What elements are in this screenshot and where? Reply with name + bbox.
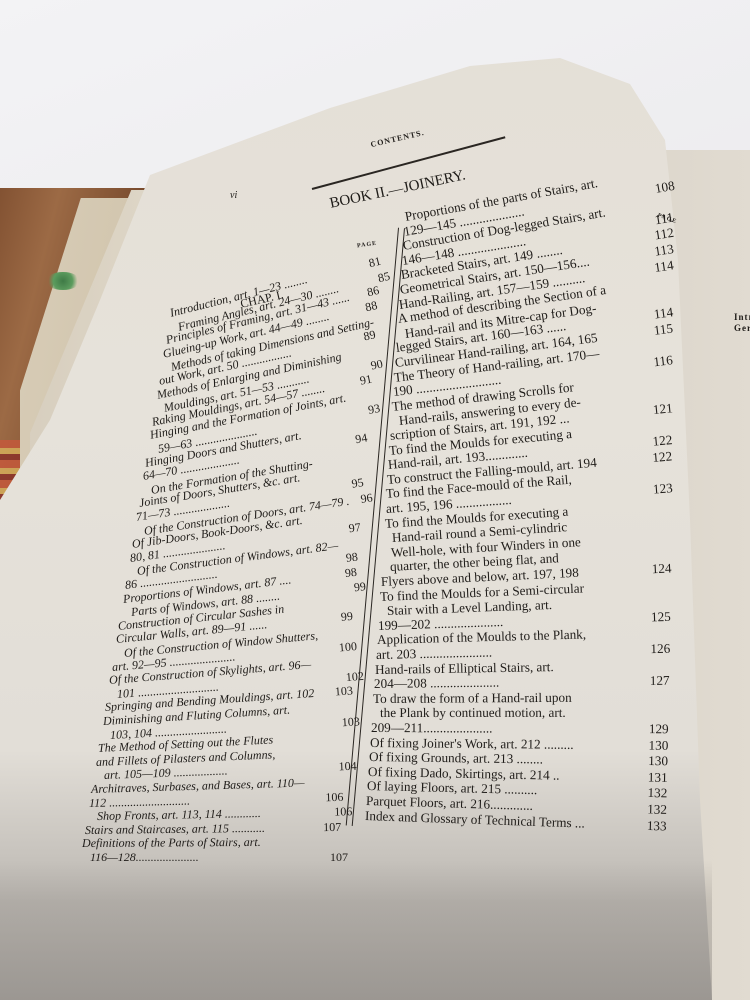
page-folio: vi — [230, 190, 237, 201]
toc-entry: 204—208 .....................127 — [374, 676, 499, 691]
facing-page-fragment: Intr Ger — [734, 312, 750, 334]
toc-entry-title: To draw the form of a Hand-rail upon — [373, 691, 572, 706]
toc-entry-title: 209—211..................... — [371, 721, 493, 736]
toc-entry-page: 132 — [647, 802, 667, 817]
toc-entry-page: 103 — [342, 714, 361, 729]
toc-entry-page: 102 — [345, 669, 364, 684]
toc-entry-title: Definitions of the Parts of Stairs, art. — [82, 835, 261, 850]
toc-entry-title: 116—128..................... — [90, 850, 199, 864]
toc-entry: the Plank by continued motion, art. — [380, 706, 566, 720]
toc-entry-page: 129 — [649, 722, 669, 736]
toc-entry-page: 93 — [366, 401, 380, 417]
toc-entry-page: 126 — [650, 642, 670, 656]
toc-entry-page: 107 — [323, 820, 341, 834]
toc-entry-page: 132 — [647, 786, 667, 800]
toc-entry-page: 91 — [359, 371, 373, 387]
toc-entry-page: 103 — [334, 684, 353, 699]
toc-entry-page: 123 — [652, 481, 673, 496]
toc-entry: Definitions of the Parts of Stairs, art. — [82, 835, 261, 850]
toc-entry-page: 99 — [353, 579, 366, 594]
toc-entry-page: 108 — [654, 178, 676, 195]
toc-entry-page: 121 — [653, 401, 674, 417]
toc-entry-page: 122 — [652, 433, 673, 449]
toc-entry: 209—211.....................129 — [371, 721, 493, 736]
toc-entry-page: 106 — [325, 789, 343, 803]
toc-entry: To draw the form of a Hand-rail upon — [373, 691, 572, 706]
toc-entry-page: 122 — [652, 449, 673, 465]
toc-entry-page: 98 — [345, 549, 359, 564]
toc-entry-page: 131 — [648, 770, 668, 784]
toc-entry-page: 130 — [648, 738, 668, 752]
toc-entry-page: 127 — [650, 674, 670, 688]
facing-fragment-line-1: Intr — [734, 312, 750, 323]
toc-entry-page: 96 — [360, 490, 374, 506]
toc-entry-page: 107 — [330, 850, 348, 864]
toc-entry-title: 204—208 ..................... — [374, 676, 499, 691]
toc-entry-page: 113 — [654, 242, 675, 259]
toc-entry-page: 99 — [340, 609, 353, 624]
toc-entry-page: 114 — [654, 258, 675, 275]
toc-entry-page: 106 — [334, 805, 352, 819]
page-shadow — [0, 860, 712, 1000]
toc-entry-page: 104 — [338, 759, 357, 774]
toc-entry-page: 89 — [362, 327, 377, 343]
toc-entry-page: 125 — [650, 610, 670, 625]
toc-entry-page: 86 — [365, 283, 380, 299]
toc-entry-page: 100 — [338, 639, 357, 654]
facing-fragment-line-2: Ger — [734, 323, 750, 334]
toc-entry-title: the Plank by continued motion, art. — [380, 706, 566, 720]
green-stamp-mark — [46, 272, 80, 290]
toc-entry-page: 115 — [653, 322, 674, 338]
toc-entry-page: 97 — [347, 520, 361, 535]
toc-entry-page: 95 — [351, 475, 365, 491]
toc-entry-page: 130 — [648, 754, 668, 768]
toc-entry-page: 116 — [653, 353, 674, 369]
toc-entry-page: 133 — [647, 818, 667, 833]
toc-entry: 116—128.....................107 — [90, 850, 199, 864]
toc-entry-page: 94 — [354, 431, 368, 447]
toc-entry-page: 124 — [651, 561, 671, 576]
toc-entry-page: 98 — [344, 564, 358, 579]
